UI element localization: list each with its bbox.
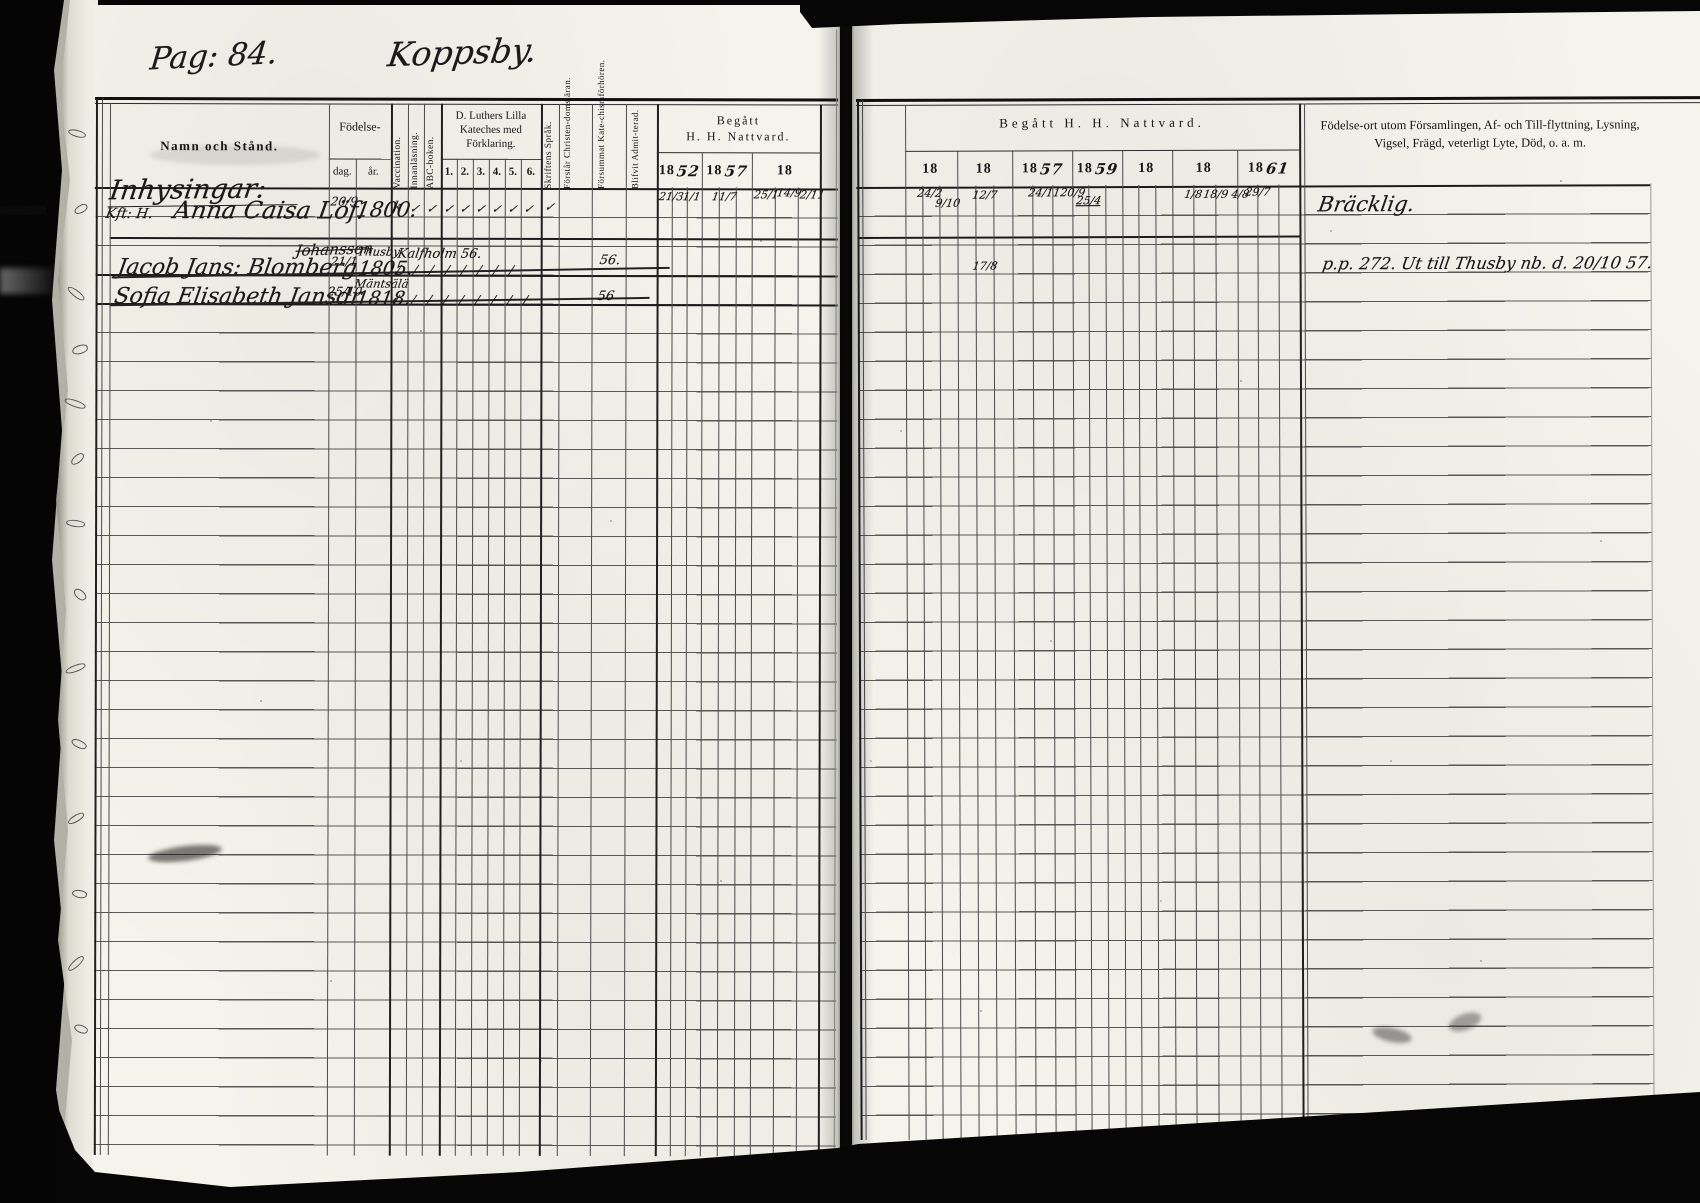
year-printed: 18	[1022, 161, 1038, 177]
row1-note: Bräcklig.	[1317, 192, 1417, 216]
year-handwritten: 61	[1265, 159, 1290, 177]
row1-communion-date: 9/10	[935, 199, 961, 209]
year-box-r5: 18	[1122, 152, 1172, 185]
row1-communion-date: 1/8	[1184, 190, 1203, 200]
year-box-r3: 18 57	[1012, 152, 1072, 185]
row1-communion-date: 25/4	[1076, 196, 1102, 206]
col-header-notes-1: Födelse-ort utom Församlingen, Af- och T…	[1310, 117, 1650, 133]
row1-communion-date: 29/7	[1245, 188, 1271, 198]
rule	[856, 102, 1700, 106]
row1-communion-date: 24/11	[1028, 188, 1061, 198]
year-printed: 18	[1248, 160, 1264, 176]
year-box-r2: 18	[957, 152, 1012, 185]
col-header-notes-2: Vigsel, Frägd, veterligt Lyte, Död, o. a…	[1310, 135, 1650, 151]
year-handwritten: 57	[1039, 160, 1064, 178]
year-printed: 18	[1138, 160, 1154, 176]
year-printed: 18	[1196, 160, 1212, 176]
scanned-parish-register: Pag: 84. Koppsby.	[0, 0, 1700, 1203]
binding-shadow	[818, 18, 874, 1153]
row2-communion-date: 17/8	[972, 262, 998, 272]
scan-edge-mark	[0, 205, 46, 216]
year-box-r1: 18	[905, 153, 957, 186]
year-box-r6: 18	[1172, 152, 1237, 185]
row2-note: p.p. 272. Ut till Thusby nb. d. 20/10 57…	[1321, 253, 1654, 273]
row1-communion-date: 18/9	[1203, 190, 1229, 200]
year-printed: 18	[922, 161, 938, 177]
year-printed: 18	[976, 161, 992, 177]
rule	[856, 96, 1700, 101]
scan-noise	[0, 0, 2, 2]
year-box-r4: 18 59	[1072, 152, 1122, 185]
year-box-r7: 18 61	[1237, 151, 1299, 184]
pencil-smudge	[150, 145, 320, 165]
year-handwritten: 59	[1094, 160, 1119, 178]
year-printed: 18	[1077, 161, 1093, 177]
col-header-communion-right: Begått H. H. Nattvard.	[905, 114, 1299, 131]
row1-communion-date: 12/7	[972, 191, 998, 201]
scan-light-leak	[0, 268, 60, 294]
